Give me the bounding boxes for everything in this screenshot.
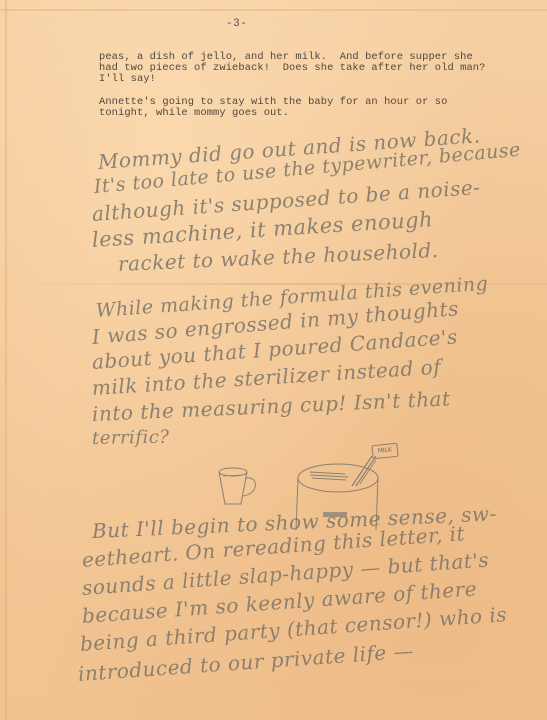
milk-carton-sketch: MILK bbox=[371, 443, 398, 460]
typed-line: I'll say! bbox=[99, 74, 156, 85]
paper-edge-top bbox=[0, 9, 547, 11]
page-number: -3- bbox=[226, 18, 247, 30]
paper-edge-left bbox=[5, 0, 7, 720]
letter-page: -3- peas, a dish of jello, and her milk.… bbox=[0, 0, 547, 720]
typed-line: tonight, while mommy goes out. bbox=[99, 108, 289, 119]
milk-carton-label: MILK bbox=[372, 444, 397, 458]
measuring-cup-sketch bbox=[215, 462, 265, 510]
typed-line: had two pieces of zwieback! Does she tak… bbox=[99, 63, 485, 74]
handwritten-line: terrific? bbox=[92, 427, 170, 449]
